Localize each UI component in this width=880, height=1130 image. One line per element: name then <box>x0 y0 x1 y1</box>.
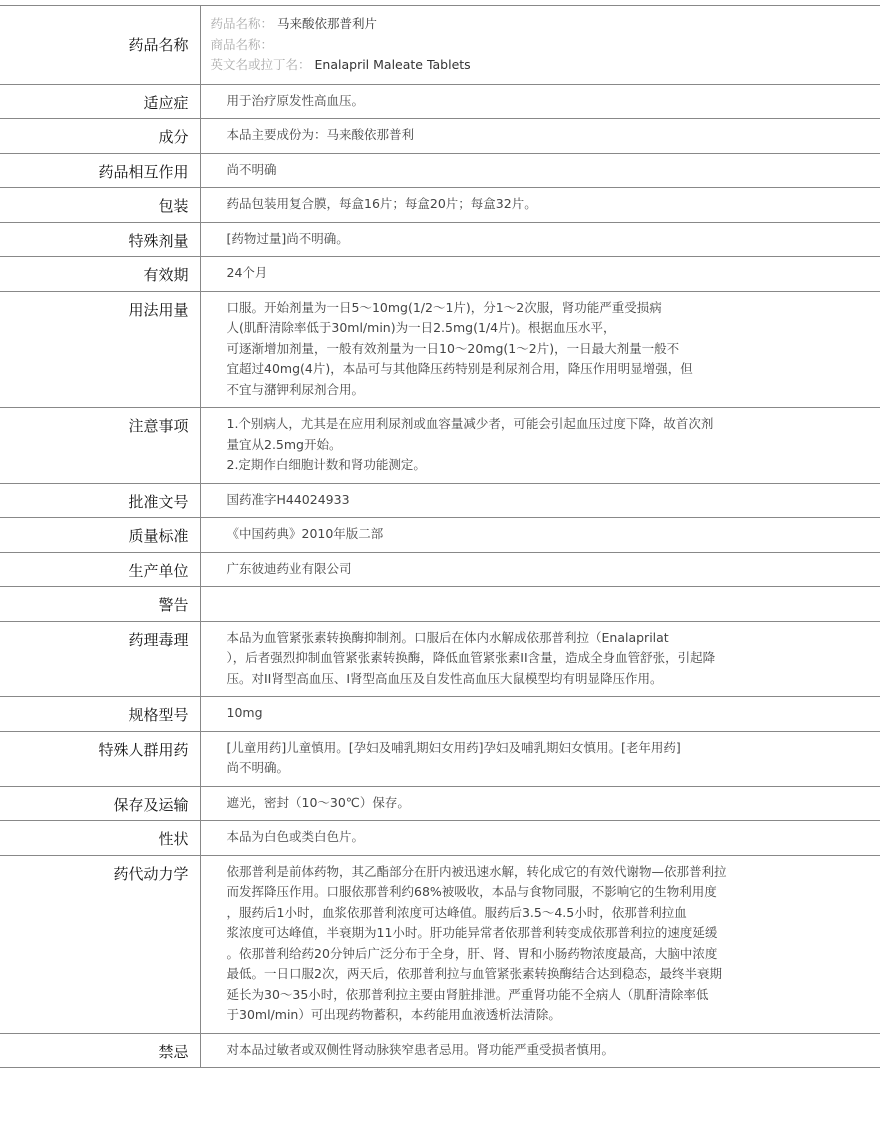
row-label: 用法用量 <box>0 291 200 408</box>
row-value: 遮光，密封（10～30℃）保存。 <box>200 786 880 821</box>
value-line: 依那普利是前体药物，其乙酯部分在肝内被迅速水解，转化成它的有效代谢物—依那普利拉 <box>227 862 871 883</box>
spec-row: 性状本品为白色或类白色片。 <box>0 821 880 856</box>
value-line: 尚不明确 <box>227 160 871 181</box>
row-value: 本品为血管紧张素转换酶抑制剂。口服后在体内水解成依那普利拉（Enalaprila… <box>200 621 880 697</box>
row-value: 24个月 <box>200 257 880 292</box>
english-name-line: 英文名或拉丁名：Enalapril Maleate Tablets <box>211 55 871 76</box>
value-line: 本品为血管紧张素转换酶抑制剂。口服后在体内水解成依那普利拉（Enalaprila… <box>227 628 871 649</box>
value-line: 遮光，密封（10～30℃）保存。 <box>227 793 871 814</box>
value-line: [药物过量]尚不明确。 <box>227 229 871 250</box>
value-line: 口服。开始剂量为一日5～10mg(1/2～1片)，分1～2次服，肾功能严重受损病 <box>227 298 871 319</box>
generic-name-line: 药品名称：马来酸依那普利片 <box>211 14 871 35</box>
row-value: 对本品过敏者或双侧性肾动脉狭窄患者忌用。肾功能严重受损者慎用。 <box>200 1033 880 1068</box>
value-line: 宜超过40mg(4片)，本品可与其他降压药特别是利尿剂合用，降压作用明显增强，但 <box>227 359 871 380</box>
spec-row: 质量标准《中国药典》2010年版二部 <box>0 518 880 553</box>
value-line: 2.定期作白细胞计数和肾功能测定。 <box>227 455 871 476</box>
row-label: 批准文号 <box>0 483 200 518</box>
value-line: 广东彼迪药业有限公司 <box>227 559 871 580</box>
spec-row: 生产单位广东彼迪药业有限公司 <box>0 552 880 587</box>
row-label: 成分 <box>0 119 200 154</box>
value-line: ），后者强烈抑制血管紧张素转换酶，降低血管紧张素II含量，造成全身血管舒张，引起… <box>227 648 871 669</box>
row-label: 保存及运输 <box>0 786 200 821</box>
row-label: 包装 <box>0 188 200 223</box>
generic-name-value: 马来酸依那普利片 <box>277 16 377 31</box>
value-line: 药品包装用复合膜，每盒16片；每盒20片；每盒32片。 <box>227 194 871 215</box>
row-value: 口服。开始剂量为一日5～10mg(1/2～1片)，分1～2次服，肾功能严重受损病… <box>200 291 880 408</box>
spec-row: 成分本品主要成份为：马来酸依那普利 <box>0 119 880 154</box>
spec-row: 特殊剂量[药物过量]尚不明确。 <box>0 222 880 257</box>
row-value: 国药准字H44024933 <box>200 483 880 518</box>
spec-row: 药理毒理本品为血管紧张素转换酶抑制剂。口服后在体内水解成依那普利拉（Enalap… <box>0 621 880 697</box>
spec-row-drug-name: 药品名称 药品名称：马来酸依那普利片 商品名称： 英文名或拉丁名：Enalapr… <box>0 6 880 85</box>
spec-row: 药品相互作用尚不明确 <box>0 153 880 188</box>
value-line: 10mg <box>227 703 871 724</box>
value-line: 1.个别病人，尤其是在应用利尿剂或血容量减少者，可能会引起血压过度下降，故首次剂 <box>227 414 871 435</box>
value-line: 可逐渐增加剂量，一般有效剂量为一日10～20mg(1～2片)，一日最大剂量一般不 <box>227 339 871 360</box>
spec-row: 包装药品包装用复合膜，每盒16片；每盒20片；每盒32片。 <box>0 188 880 223</box>
value-line <box>227 593 871 614</box>
value-line: 。依那普利给药20分钟后广泛分布于全身，肝、肾、胃和小肠药物浓度最高，大脑中浓度 <box>227 944 871 965</box>
row-label: 注意事项 <box>0 408 200 484</box>
drug-spec-table: 药品名称 药品名称：马来酸依那普利片 商品名称： 英文名或拉丁名：Enalapr… <box>0 5 880 1068</box>
row-label: 禁忌 <box>0 1033 200 1068</box>
value-line: 《中国药典》2010年版二部 <box>227 524 871 545</box>
row-label: 药品名称 <box>0 6 200 85</box>
row-value: 广东彼迪药业有限公司 <box>200 552 880 587</box>
row-value: 10mg <box>200 697 880 732</box>
trade-name-line: 商品名称： <box>211 35 871 56</box>
row-label: 药理毒理 <box>0 621 200 697</box>
row-value: 药品名称：马来酸依那普利片 商品名称： 英文名或拉丁名：Enalapril Ma… <box>200 6 880 85</box>
spec-row: 批准文号国药准字H44024933 <box>0 483 880 518</box>
row-label: 特殊剂量 <box>0 222 200 257</box>
spec-row: 规格型号10mg <box>0 697 880 732</box>
value-line: [儿童用药]儿童慎用。[孕妇及哺乳期妇女用药]孕妇及哺乳期妇女慎用。[老年用药] <box>227 738 871 759</box>
row-label: 药代动力学 <box>0 855 200 1033</box>
row-label: 药品相互作用 <box>0 153 200 188</box>
spec-row: 注意事项1.个别病人，尤其是在应用利尿剂或血容量减少者，可能会引起血压过度下降，… <box>0 408 880 484</box>
spec-row: 用法用量口服。开始剂量为一日5～10mg(1/2～1片)，分1～2次服，肾功能严… <box>0 291 880 408</box>
value-line: 人(肌酐清除率低于30ml/min)为一日2.5mg(1/4片)。根据血压水平， <box>227 318 871 339</box>
value-line: 本品主要成份为：马来酸依那普利 <box>227 125 871 146</box>
row-value: 药品包装用复合膜，每盒16片；每盒20片；每盒32片。 <box>200 188 880 223</box>
row-label: 警告 <box>0 587 200 622</box>
row-value: 依那普利是前体药物，其乙酯部分在肝内被迅速水解，转化成它的有效代谢物—依那普利拉… <box>200 855 880 1033</box>
value-line: 用于治疗原发性高血压。 <box>227 91 871 112</box>
spec-row: 适应症用于治疗原发性高血压。 <box>0 84 880 119</box>
row-value: 1.个别病人，尤其是在应用利尿剂或血容量减少者，可能会引起血压过度下降，故首次剂… <box>200 408 880 484</box>
spec-row: 有效期24个月 <box>0 257 880 292</box>
row-value: [药物过量]尚不明确。 <box>200 222 880 257</box>
row-value: 用于治疗原发性高血压。 <box>200 84 880 119</box>
spec-row: 禁忌对本品过敏者或双侧性肾动脉狭窄患者忌用。肾功能严重受损者慎用。 <box>0 1033 880 1068</box>
value-line: 对本品过敏者或双侧性肾动脉狭窄患者忌用。肾功能严重受损者慎用。 <box>227 1040 871 1061</box>
row-label: 有效期 <box>0 257 200 292</box>
row-label: 适应症 <box>0 84 200 119</box>
row-label: 规格型号 <box>0 697 200 732</box>
row-label: 质量标准 <box>0 518 200 553</box>
row-value <box>200 587 880 622</box>
value-line: 最低。一日口服2次，两天后，依那普利拉与血管紧张素转换酶结合达到稳态，最终半衰期 <box>227 964 871 985</box>
english-name-value: Enalapril Maleate Tablets <box>315 57 471 72</box>
row-value: 《中国药典》2010年版二部 <box>200 518 880 553</box>
row-label: 特殊人群用药 <box>0 731 200 786</box>
spec-row: 特殊人群用药[儿童用药]儿童慎用。[孕妇及哺乳期妇女用药]孕妇及哺乳期妇女慎用。… <box>0 731 880 786</box>
spec-row: 药代动力学依那普利是前体药物，其乙酯部分在肝内被迅速水解，转化成它的有效代谢物—… <box>0 855 880 1033</box>
trade-name-label: 商品名称： <box>211 37 274 52</box>
value-line: 于30ml/min）可出现药物蓄积，本药能用血液透析法清除。 <box>227 1005 871 1026</box>
value-line: ，服药后1小时，血浆依那普利浓度可达峰值。服药后3.5～4.5小时，依那普利拉血 <box>227 903 871 924</box>
value-line: 24个月 <box>227 263 871 284</box>
row-value: 尚不明确 <box>200 153 880 188</box>
value-line: 压。对II肾型高血压、I肾型高血压及自发性高血压大鼠模型均有明显降压作用。 <box>227 669 871 690</box>
row-value: 本品为白色或类白色片。 <box>200 821 880 856</box>
value-line: 延长为30～35小时，依那普利拉主要由肾脏排泄。严重肾功能不全病人（肌酐清除率低 <box>227 985 871 1006</box>
value-line: 国药准字H44024933 <box>227 490 871 511</box>
value-line: 本品为白色或类白色片。 <box>227 827 871 848</box>
spec-row: 保存及运输遮光，密封（10～30℃）保存。 <box>0 786 880 821</box>
spec-row: 警告 <box>0 587 880 622</box>
value-line: 尚不明确。 <box>227 758 871 779</box>
row-label: 性状 <box>0 821 200 856</box>
generic-name-label: 药品名称： <box>211 16 274 31</box>
row-value: 本品主要成份为：马来酸依那普利 <box>200 119 880 154</box>
row-value: [儿童用药]儿童慎用。[孕妇及哺乳期妇女用药]孕妇及哺乳期妇女慎用。[老年用药]… <box>200 731 880 786</box>
value-line: 而发挥降压作用。口服依那普利约68%被吸收，本品与食物同服，不影响它的生物利用度 <box>227 882 871 903</box>
english-name-label: 英文名或拉丁名： <box>211 57 311 72</box>
value-line: 量宜从2.5mg开始。 <box>227 435 871 456</box>
value-line: 不宜与潴钾利尿剂合用。 <box>227 380 871 401</box>
value-line: 浆浓度可达峰值，半衰期为11小时。肝功能异常者依那普利转变成依那普利拉的速度延缓 <box>227 923 871 944</box>
row-label: 生产单位 <box>0 552 200 587</box>
